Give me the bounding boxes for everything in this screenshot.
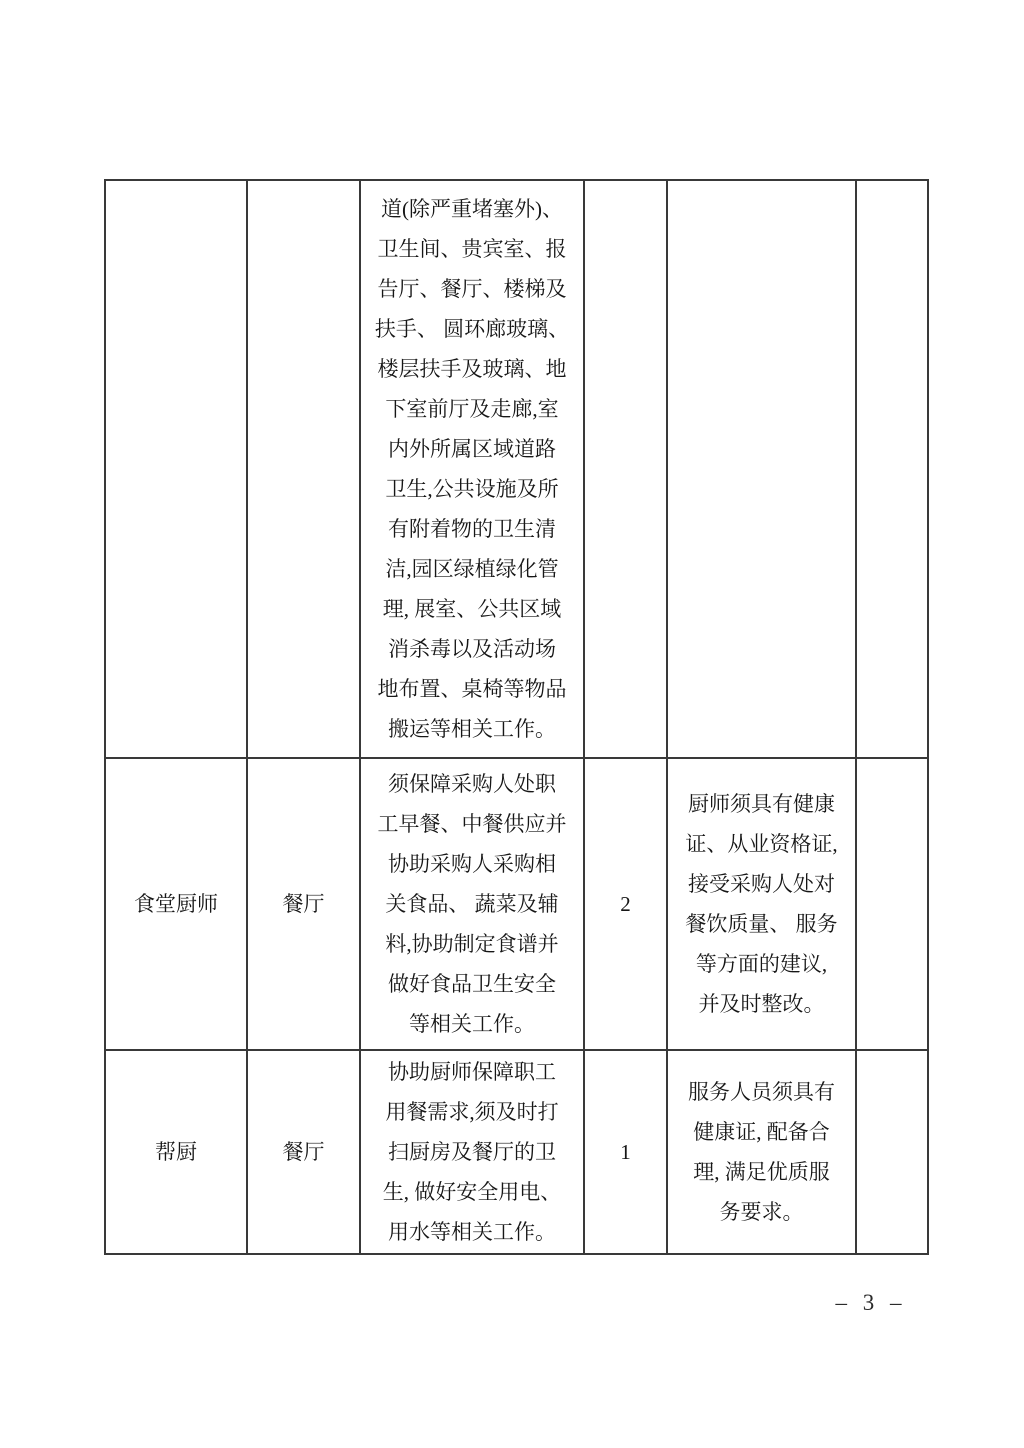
page-number: – 3 – [796, 1290, 946, 1316]
work-location-cell [247, 180, 360, 758]
note-cell [856, 758, 928, 1050]
note-cell [856, 1050, 928, 1254]
position-name-cell: 帮厨 [105, 1050, 247, 1254]
position-name-cell: 食堂厨师 [105, 758, 247, 1050]
work-location-cell: 餐厅 [247, 1050, 360, 1254]
duties-cell: 道(除严重堵塞外)、 卫生间、贵宾室、报 告厅、餐厅、楼梯及 扶手、 圆环廊玻璃… [360, 180, 584, 758]
table-row: 帮厨 餐厅 协助厨师保障职工 用餐需求,须及时打 扫厨房及餐厅的卫 生, 做好安… [105, 1050, 928, 1254]
headcount-cell: 1 [584, 1050, 667, 1254]
requirements-cell: 服务人员须具有 健康证, 配备合 理, 满足优质服 务要求。 [667, 1050, 856, 1254]
table-row: 食堂厨师 餐厅 须保障采购人处职 工早餐、中餐供应并 协助采购人采购相 关食品、… [105, 758, 928, 1050]
duties-cell: 协助厨师保障职工 用餐需求,须及时打 扫厨房及餐厅的卫 生, 做好安全用电、 用… [360, 1050, 584, 1254]
headcount-cell: 2 [584, 758, 667, 1050]
headcount-cell [584, 180, 667, 758]
staffing-table: 道(除严重堵塞外)、 卫生间、贵宾室、报 告厅、餐厅、楼梯及 扶手、 圆环廊玻璃… [104, 179, 929, 1255]
position-name-cell [105, 180, 247, 758]
document-page: 道(除严重堵塞外)、 卫生间、贵宾室、报 告厅、餐厅、楼梯及 扶手、 圆环廊玻璃… [0, 0, 1024, 1448]
work-location-cell: 餐厅 [247, 758, 360, 1050]
note-cell [856, 180, 928, 758]
requirements-cell: 厨师须具有健康 证、从业资格证, 接受采购人处对 餐饮质量、 服务 等方面的建议… [667, 758, 856, 1050]
duties-cell: 须保障采购人处职 工早餐、中餐供应并 协助采购人采购相 关食品、 蔬菜及辅 料,… [360, 758, 584, 1050]
table-row: 道(除严重堵塞外)、 卫生间、贵宾室、报 告厅、餐厅、楼梯及 扶手、 圆环廊玻璃… [105, 180, 928, 758]
requirements-cell [667, 180, 856, 758]
